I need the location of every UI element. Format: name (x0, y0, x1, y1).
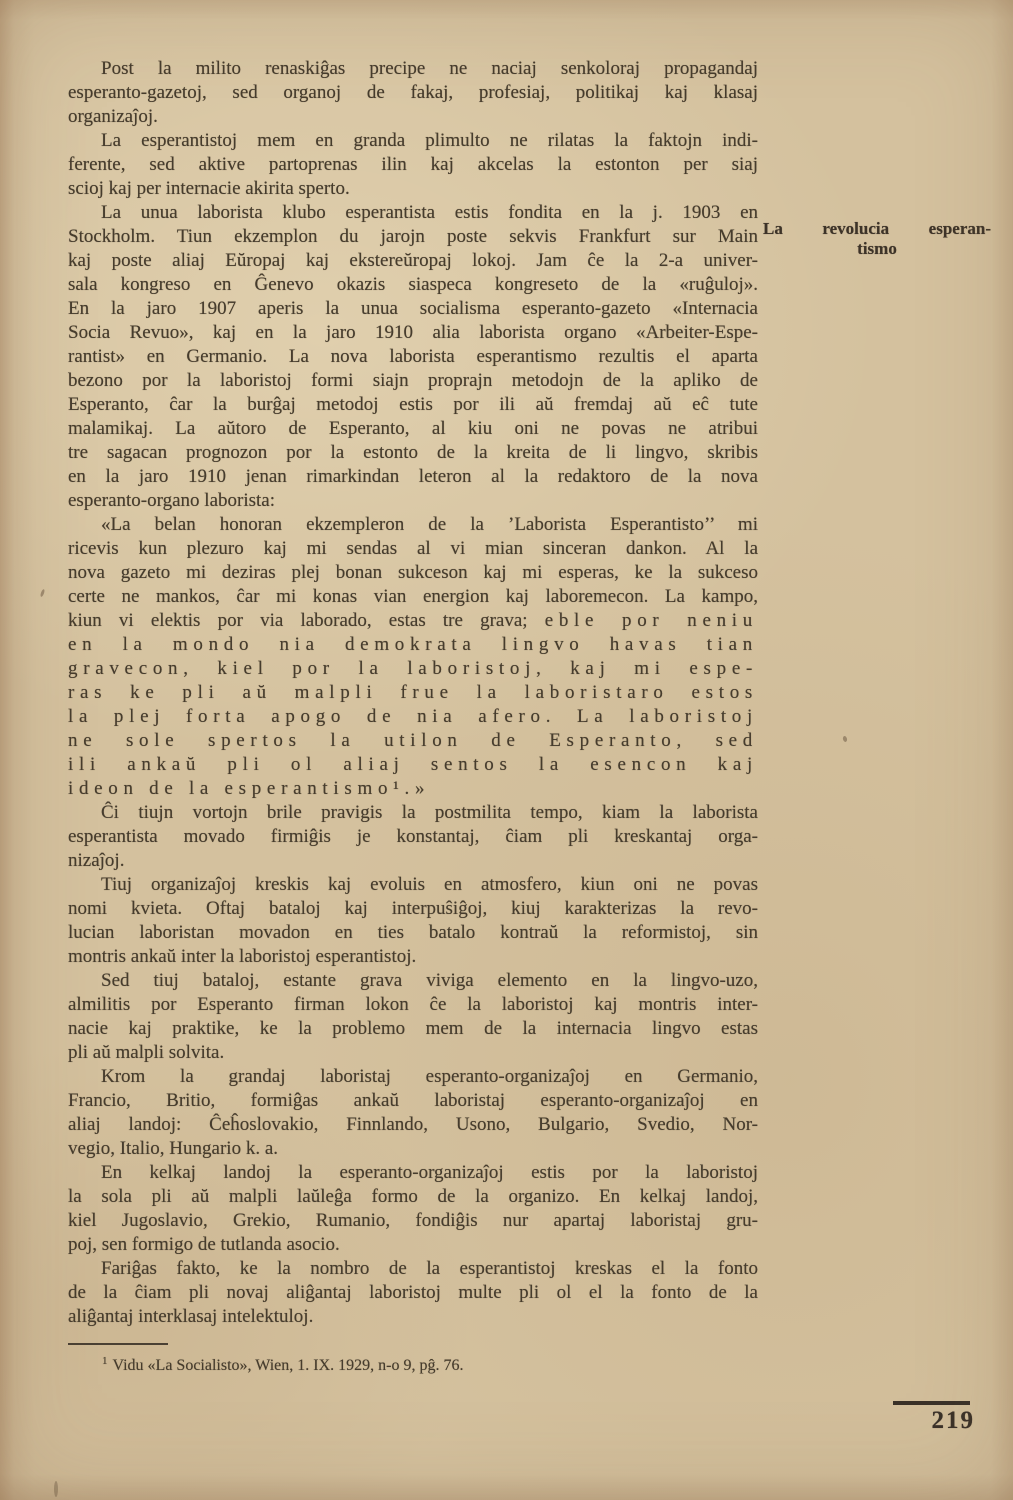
text-line: nomi kvieta. Oftaj bataloj kaj interpuŝi… (68, 897, 758, 921)
text-line: malamikaj. La aŭtoro de Esperanto, al ki… (68, 417, 758, 441)
body-paragraph: Fariĝas fakto, ke la nombro de la espera… (68, 1257, 758, 1329)
text-segment: kiun vi elektis por via laborado, estas … (68, 610, 545, 631)
text-line: Krom la grandaj laboristaj esperanto-org… (68, 1065, 758, 1089)
footnote-text: Vidu «La Socialisto», Wien, 1. IX. 1929,… (113, 1357, 464, 1374)
text-column: Post la milito renaskiĝas precipe ne nac… (68, 57, 758, 1329)
text-line: Esperanto, ĉar la burĝaj metodoj estis p… (68, 393, 758, 417)
text-line: aliĝantaj interklasaj intelektuloj. (68, 1305, 758, 1329)
text-line: ricevis kun plezuro kaj mi sendas al vi … (68, 537, 758, 561)
text-line: pli aŭ malpli solvita. (68, 1041, 758, 1065)
text-line: organizaĵoj. (68, 105, 758, 129)
text-line: Socia Revuo», kaj en la jaro 1910 alia l… (68, 321, 758, 345)
text-line: En la jaro 1907 aperis la unua socialism… (68, 297, 758, 321)
text-line: certe ne mankos, ĉar mi konas vian energ… (68, 585, 758, 609)
text-line: esperantista movado firmiĝis je konstant… (68, 825, 758, 849)
body-paragraph: Ĉi tiujn vortojn brile pravigis la postm… (68, 801, 758, 873)
text-line: gravecon, kiel por la laboristoj, kaj mi… (68, 657, 758, 681)
body-paragraph: Krom la grandaj laboristaj esperanto-org… (68, 1065, 758, 1161)
paper-speck (842, 736, 847, 743)
text-line: la sola pli aŭ malpli laŭleĝa formo de l… (68, 1185, 758, 1209)
text-line: esperanto-organo laborista: (68, 489, 758, 513)
footnote-separator-rule (68, 1343, 168, 1345)
text-line: de la ĉiam pli novaj aliĝantaj laboristo… (68, 1281, 758, 1305)
body-paragraph: Tiuj organizaĵoj kreskis kaj evoluis en … (68, 873, 758, 969)
text-line: poj, sen formigo de tutlanda asocio. (68, 1233, 758, 1257)
margin-note-line: La revolucia esperan- (763, 219, 991, 239)
text-line: nova gazeto mi deziras plej bonan sukces… (68, 561, 758, 585)
text-line: Francio, Britio, formiĝas ankaŭ laborist… (68, 1089, 758, 1113)
text-line: kiel Jugoslavio, Grekio, Rumanio, fondiĝ… (68, 1209, 758, 1233)
text-line: montris ankaŭ inter la laboristoj espera… (68, 945, 758, 969)
paper-speck (54, 1481, 58, 1497)
text-line: ili ankaŭ pli ol aliaj sentos la esencon… (68, 753, 758, 777)
text-line: rantist» en Germanio. La nova laborista … (68, 345, 758, 369)
text-line: en la jaro 1910 jenan rimarkindan letero… (68, 465, 758, 489)
text-line: ferente, sed aktive partoprenas ilin kaj… (68, 153, 758, 177)
text-line: sala kongreso en Ĝenevo okazis siaspeca … (68, 273, 758, 297)
text-line: nizaĵoj. (68, 849, 758, 873)
text-line: kiun vi elektis por via laborado, estas … (68, 609, 758, 633)
text-line: en la mondo nia demokrata lingvo havas t… (68, 633, 758, 657)
text-line: «La belan honoran ekzempleron de la ’Lab… (68, 513, 758, 537)
text-line: kaj poste aliaj Eŭropaj kaj ekstereŭropa… (68, 249, 758, 273)
text-line: nacie kaj praktike, ke la problemo mem d… (68, 1017, 758, 1041)
text-line: scioj kaj per internacie akirita sperto. (68, 177, 758, 201)
body-paragraph: La esperantistoj mem en granda plimulto … (68, 129, 758, 201)
scanned-page: Post la milito renaskiĝas precipe ne nac… (0, 0, 1013, 1500)
margin-note: La revolucia esperan- tismo (763, 219, 991, 259)
text-line: aliaj landoj: Ĉeĥoslovakio, Finnlando, U… (68, 1113, 758, 1137)
text-line: Stockholm. Tiun ekzemplon du jarojn post… (68, 225, 758, 249)
footnote: 1Vidu «La Socialisto», Wien, 1. IX. 1929… (68, 1355, 758, 1377)
paper-speck (40, 589, 46, 598)
text-line: La unua laborista klubo esperantista est… (68, 201, 758, 225)
text-line: ne sole spertos la utilon de Esperanto, … (68, 729, 758, 753)
text-line: La esperantistoj mem en granda plimulto … (68, 129, 758, 153)
page-number-rule (893, 1401, 970, 1405)
text-line: lucian laboristan movadon en ties batalo… (68, 921, 758, 945)
text-line: Tiuj organizaĵoj kreskis kaj evoluis en … (68, 873, 758, 897)
text-line: Ĉi tiujn vortojn brile pravigis la postm… (68, 801, 758, 825)
body-paragraph: Sed tiuj bataloj, estante grava viviga e… (68, 969, 758, 1065)
text-line: almilitis por Esperanto firman lokon ĉe … (68, 993, 758, 1017)
margin-note-line: tismo (763, 239, 991, 259)
text-line: ras ke pli aŭ malpli frue la laboristaro… (68, 681, 758, 705)
body-paragraph: La unua laborista klubo esperantista est… (68, 201, 758, 513)
text-segment: eble por neniu (545, 610, 758, 631)
text-line: tre sagacan prognozon por la estonto de … (68, 441, 758, 465)
text-line: la plej forta apogo de nia afero. La lab… (68, 705, 758, 729)
body-paragraph: «La belan honoran ekzempleron de la ’Lab… (68, 513, 758, 801)
text-line: Post la milito renaskiĝas precipe ne nac… (68, 57, 758, 81)
text-line: En kelkaj landoj la esperanto-organizaĵo… (68, 1161, 758, 1185)
text-line: vegio, Italio, Hungario k. a. (68, 1137, 758, 1161)
footnote-marker: 1 (102, 1355, 108, 1367)
text-line: ideon de la esperantismo¹.» (68, 777, 758, 801)
text-line: Sed tiuj bataloj, estante grava viviga e… (68, 969, 758, 993)
text-line: bezono por la laboristoj formi siajn pro… (68, 369, 758, 393)
body-paragraph: En kelkaj landoj la esperanto-organizaĵo… (68, 1161, 758, 1257)
text-line: Fariĝas fakto, ke la nombro de la espera… (68, 1257, 758, 1281)
body-paragraph: Post la milito renaskiĝas precipe ne nac… (68, 57, 758, 129)
text-line: esperanto-gazetoj, sed organoj de fakaj,… (68, 81, 758, 105)
page-number: 219 (889, 1407, 975, 1435)
